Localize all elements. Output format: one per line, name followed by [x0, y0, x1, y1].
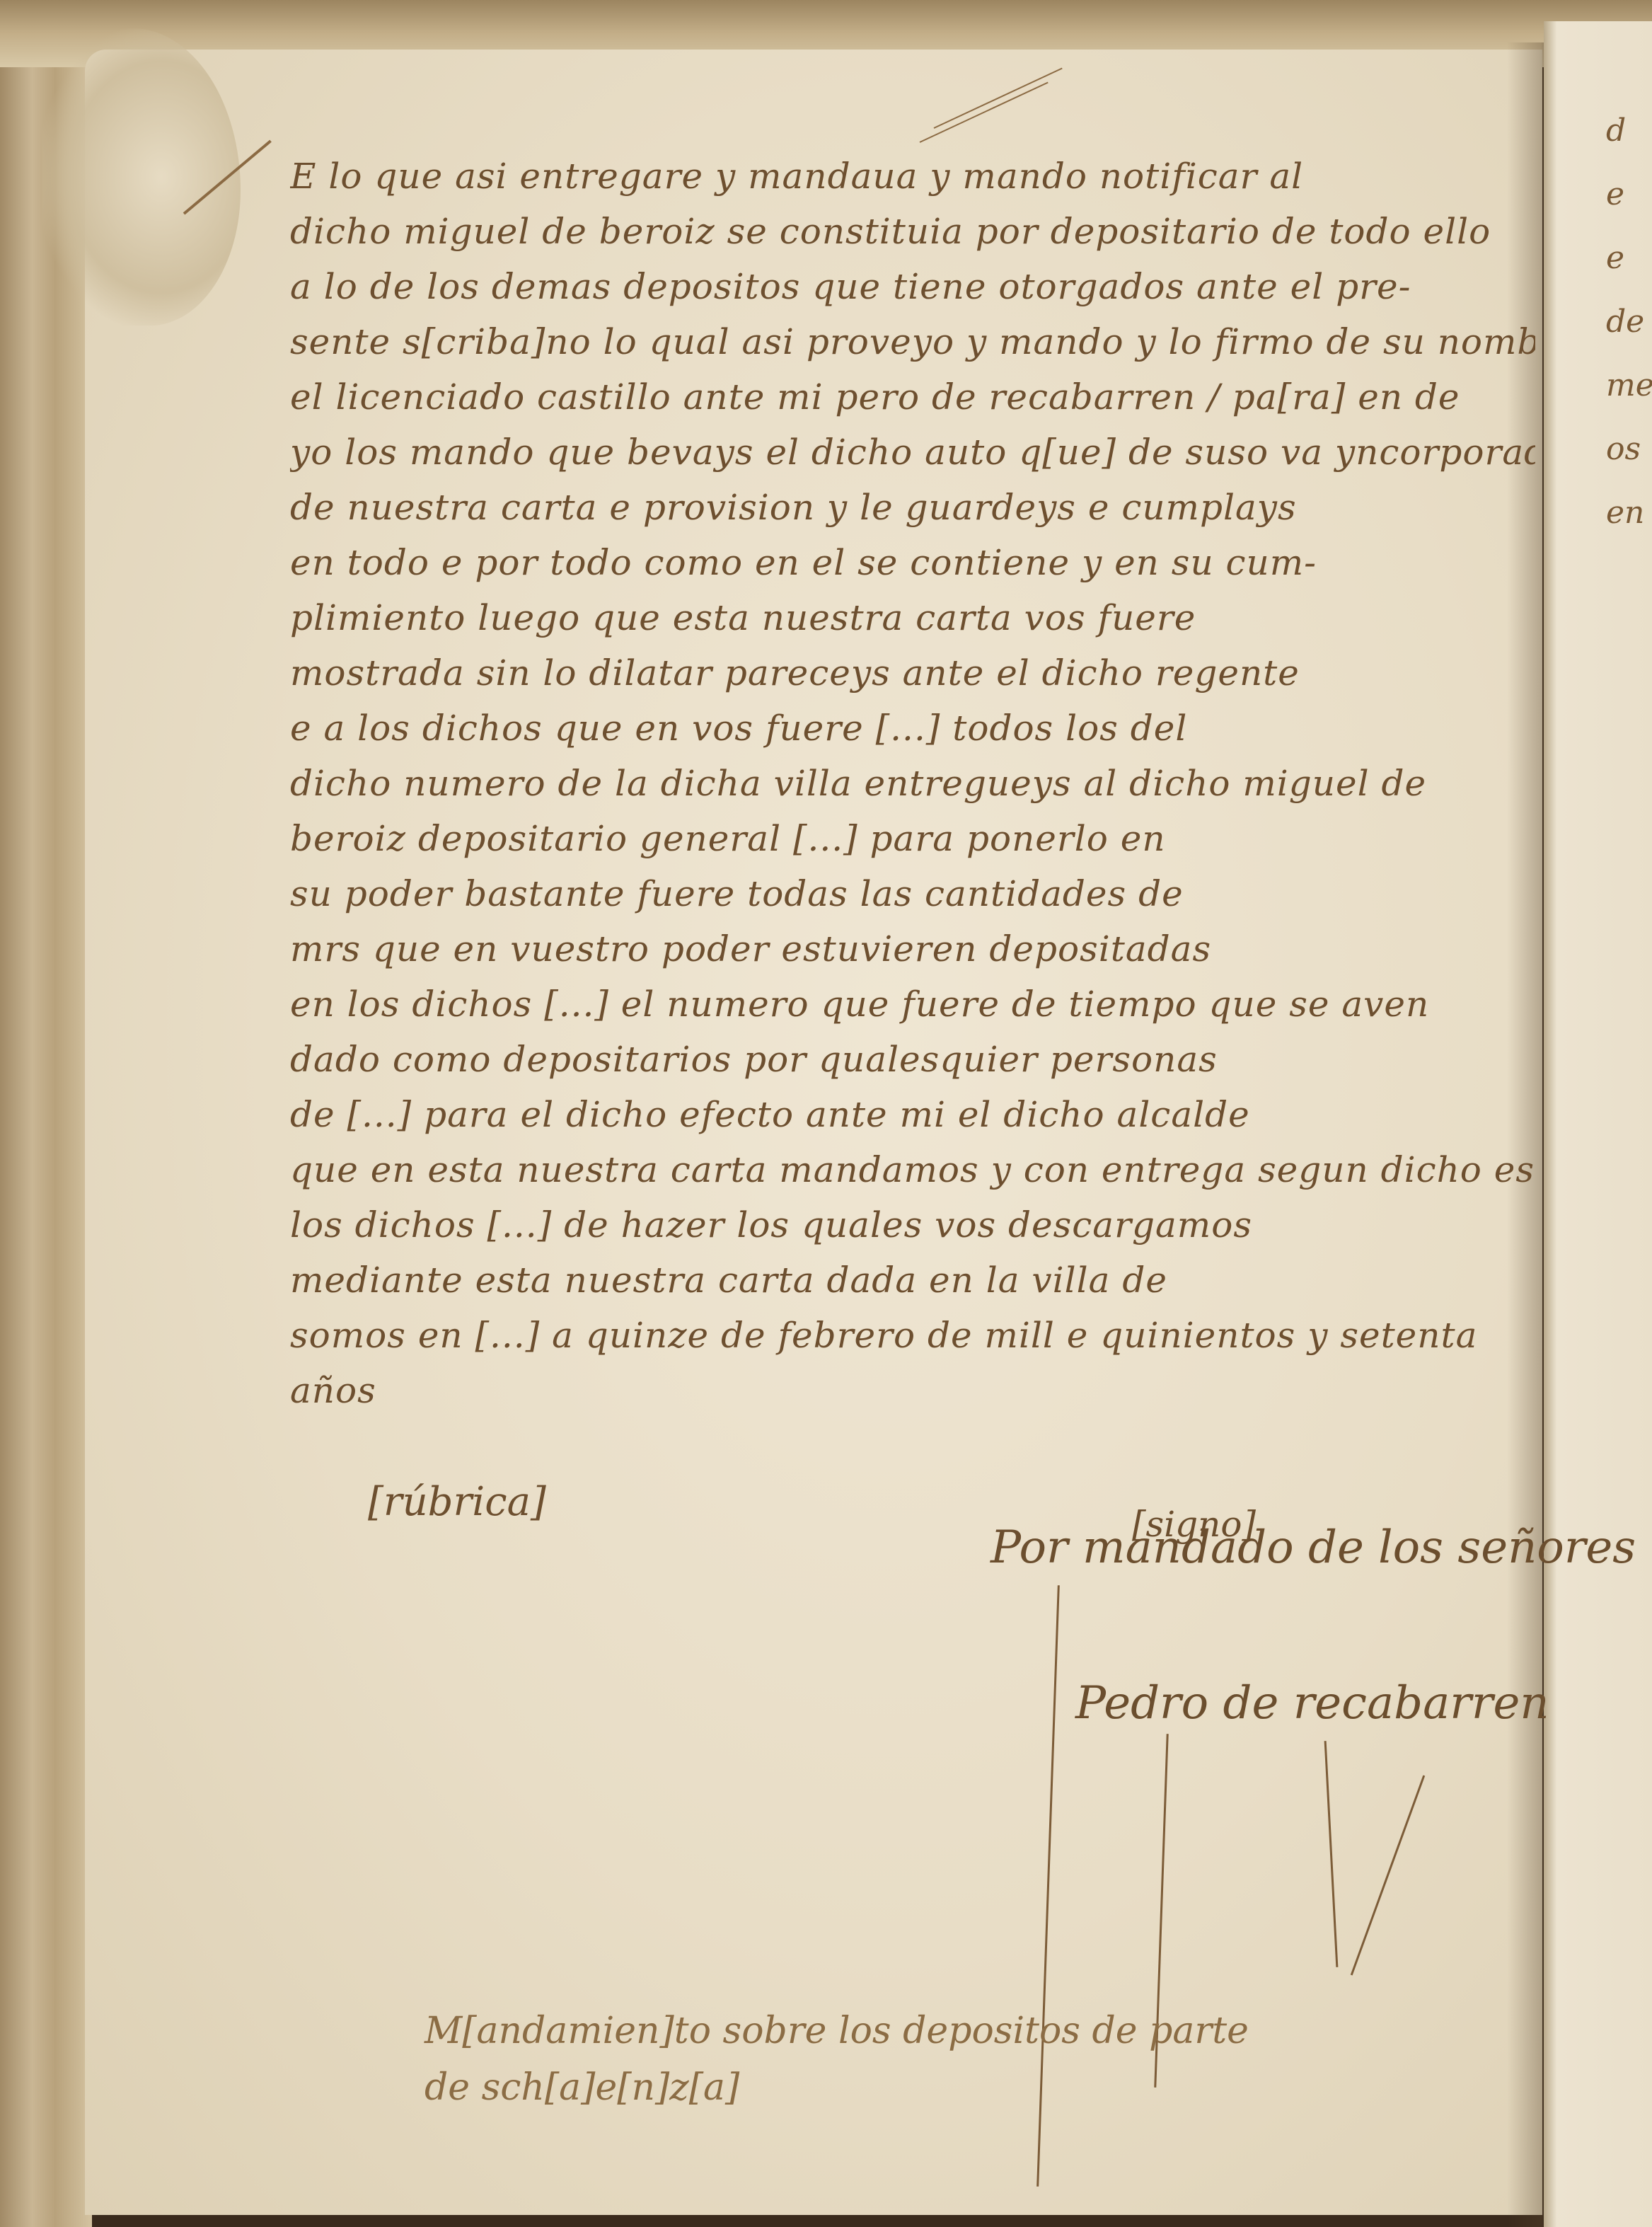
closing-rubric: [rúbrica]	[368, 1479, 546, 1525]
facing-page-text: d e e de me os en	[1606, 99, 1652, 545]
margin-note: M[andamien]to sobre los depositos de par…	[424, 2003, 1249, 2116]
text-line: mrs que en vuestro poder estuvieren depo…	[290, 921, 1535, 977]
signature-escribano: Pedro de recabarren	[1075, 1677, 1549, 1730]
text-line: plimiento luego que esta nuestra carta v…	[290, 590, 1535, 645]
margin-note-line: M[andamien]to sobre los depositos de par…	[424, 2003, 1249, 2059]
text-line: en todo e por todo como en el se contien…	[290, 535, 1535, 590]
text-line: E lo que asi entregare y mandaua y mando…	[290, 149, 1535, 204]
text-line: su poder bastante fuere todas las cantid…	[290, 866, 1535, 921]
text-line: años	[290, 1363, 1535, 1418]
text-line: el licenciado castillo ante mi pero de r…	[290, 369, 1535, 425]
book-binding-edge-left	[0, 0, 92, 2227]
facing-fragment: me	[1606, 354, 1652, 418]
facing-fragment: e	[1606, 163, 1652, 226]
text-line: somos en [...] a quinze de febrero de mi…	[290, 1308, 1535, 1363]
text-line: de nuestra carta e provision y le guarde…	[290, 480, 1535, 535]
text-line: dicho numero de la dicha villa entreguey…	[290, 756, 1535, 811]
margin-note-line: de sch[a]e[n]z[a]	[424, 2059, 1249, 2116]
text-line: beroiz depositario general [...] para po…	[290, 811, 1535, 866]
facing-fragment: de	[1606, 290, 1652, 354]
manuscript-body: E lo que asi entregare y mandaua y mando…	[290, 149, 1535, 1418]
text-line: a lo de los demas depositos que tiene ot…	[290, 259, 1535, 314]
text-line: en los dichos [...] el numero que fuere …	[290, 977, 1535, 1032]
text-line: mostrada sin lo dilatar pareceys ante el…	[290, 645, 1535, 701]
text-line: yo los mando que bevays el dicho auto q[…	[290, 425, 1535, 480]
text-line: sente s[criba]no lo qual asi proveyo y m…	[290, 314, 1535, 369]
facing-fragment: os	[1606, 418, 1652, 481]
text-line: dado como depositarios por qualesquier p…	[290, 1032, 1535, 1087]
text-line: los dichos [...] de hazer los quales vos…	[290, 1197, 1535, 1253]
facing-fragment: e	[1606, 226, 1652, 290]
text-line: de [...] para el dicho efecto ante mi el…	[290, 1087, 1535, 1142]
text-line: e a los dichos que en vos fuere [...] to…	[290, 701, 1535, 756]
signature-mandate: Por mandado de los señores	[990, 1521, 1636, 1574]
facing-fragment: en	[1606, 481, 1652, 545]
facing-fragment: d	[1606, 99, 1652, 163]
text-line: dicho miguel de beroiz se constituia por…	[290, 204, 1535, 259]
text-line: mediante esta nuestra carta dada en la v…	[290, 1253, 1535, 1308]
text-line: que en esta nuestra carta mandamos y con…	[290, 1142, 1535, 1197]
